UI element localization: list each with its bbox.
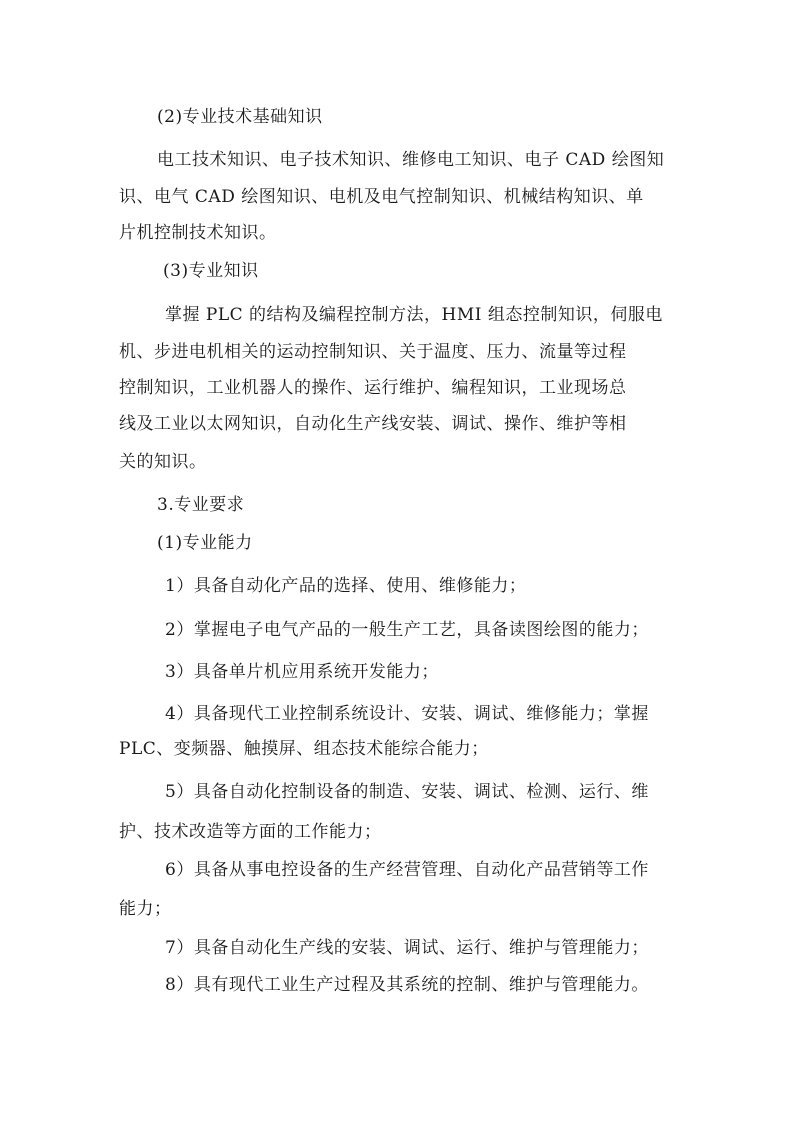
ability-item-4-cont: PLC、变频器、触摸屏、组态技术能综合能力； <box>119 738 489 760</box>
ability-item-2: 2）掌握电子电气产品的一般生产工艺，具备读图绘图的能力； <box>165 619 649 641</box>
ability-item-5-cont: 护、技术改造等方面的工作能力； <box>119 821 382 843</box>
paragraph-line: 片机控制技术知识。 <box>119 222 277 244</box>
ability-item-6-cont: 能力； <box>119 898 172 920</box>
section-heading-professional-basics: (2)专业技术基础知识 <box>157 106 323 128</box>
section-heading-requirements: 3.专业要求 <box>157 494 244 516</box>
paragraph-line: 识、电气 CAD 绘图知识、电机及电气控制知识、机械结构知识、单 <box>119 186 644 208</box>
ability-item-1: 1）具备自动化产品的选择、使用、维修能力； <box>165 575 526 597</box>
paragraph-line: 控制知识，工业机器人的操作、运行维护、编程知识，工业现场总 <box>119 377 627 399</box>
section-heading-professional-knowledge: (3)专业知识 <box>163 260 259 282</box>
ability-item-3: 3）具备单片机应用系统开发能力； <box>165 661 439 683</box>
ability-item-4: 4）具备现代工业控制系统设计、安装、调试、维修能力；掌握 <box>165 703 649 725</box>
paragraph-line: 线及工业以太网知识，自动化生产线安装、调试、操作、维护等相 <box>119 413 627 435</box>
document-page: (2)专业技术基础知识 电工技术知识、电子技术知识、维修电工知识、电子 CAD … <box>0 0 793 1122</box>
ability-item-5: 5）具备自动化控制设备的制造、安装、调试、检测、运行、维 <box>165 781 649 803</box>
ability-item-7: 7）具备自动化生产线的安装、调试、运行、维护与管理能力； <box>165 937 649 959</box>
paragraph-line: 掌握 PLC 的结构及编程控制方法，HMI 组态控制知识，伺服电 <box>165 304 663 326</box>
ability-item-8: 8）具有现代工业生产过程及其系统的控制、维护与管理能力。 <box>165 974 649 996</box>
paragraph-line: 关的知识。 <box>119 451 207 473</box>
paragraph-line: 电工技术知识、电子技术知识、维修电工知识、电子 CAD 绘图知 <box>157 149 664 171</box>
section-heading-professional-ability: (1)专业能力 <box>157 532 253 554</box>
ability-item-6: 6）具备从事电控设备的生产经营管理、自动化产品营销等工作 <box>165 859 649 881</box>
paragraph-line: 机、步进电机相关的运动控制知识、关于温度、压力、流量等过程 <box>119 341 627 363</box>
